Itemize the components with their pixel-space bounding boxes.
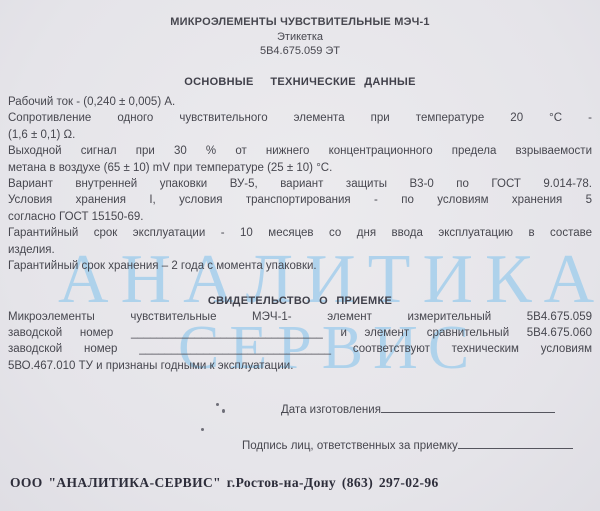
text-line: (1,6 ± 0,1) Ω. [8, 127, 592, 143]
scan-speck [201, 428, 204, 431]
tech-section-heading: ОСНОВНЫЕ ТЕХНИЧЕСКИЕ ДАННЫЕ [0, 76, 600, 88]
text-line: изделия. [8, 242, 592, 258]
doc-code: 5В4.675.059 ЭТ [0, 44, 600, 59]
doc-subtitle: Этикетка [0, 30, 600, 45]
signature-label: Подпись лиц, ответственных за приемку [242, 440, 458, 452]
doc-title: МИКРОЭЛЕМЕНТЫ ЧУВСТВИТЕЛЬНЫЕ МЭЧ-1 [0, 15, 600, 30]
acceptance-section-body: Микроэлементы чувствительные МЭЧ-1- элем… [8, 309, 592, 374]
text-line: заводской номер ________________________… [8, 325, 592, 341]
text-line: Гарантийный срок хранения – 2 года с мом… [8, 258, 592, 274]
acceptance-section-heading: СВИДЕТЕЛЬСТВО О ПРИЕМКЕ [0, 295, 600, 307]
tech-section-body: Рабочий ток - (0,240 ± 0,005) А.Сопротив… [8, 94, 592, 274]
scan-speck [222, 409, 225, 413]
title-block: МИКРОЭЛЕМЕНТЫ ЧУВСТВИТЕЛЬНЫЕ МЭЧ-1 Этике… [0, 15, 600, 59]
date-of-manufacture-row: Дата изготовления [281, 401, 555, 416]
text-line: Микроэлементы чувствительные МЭЧ-1- элем… [8, 309, 592, 325]
text-line: Сопротивление одного чувствительного эле… [8, 110, 592, 126]
text-line: Условия хранения I, условия транспортиро… [8, 192, 592, 208]
text-line: согласно ГОСТ 15150-69. [8, 209, 592, 225]
scan-speck [216, 403, 219, 406]
signature-blank-line [458, 437, 573, 449]
text-line: Рабочий ток - (0,240 ± 0,005) А. [8, 94, 592, 110]
document-page: АНАЛИТИКА СЕРВИС МИКРОЭЛЕМЕНТЫ ЧУВСТВИТЕ… [0, 0, 600, 511]
text-line: Гарантийный срок эксплуатации - 10 месяц… [8, 225, 592, 241]
text-line: метана в воздухе (65 ± 10) mV при темпер… [8, 160, 592, 176]
acceptance-signature-row: Подпись лиц, ответственных за приемку [242, 437, 573, 452]
text-line: 5ВО.467.010 ТУ и признаны годными к эксп… [8, 358, 592, 374]
footer-company-line: ООО "АНАЛИТИКА-СЕРВИС" г.Ростов-на-Дону … [10, 475, 590, 491]
text-line: заводской номер ________________________… [8, 341, 592, 357]
date-blank-line [381, 401, 555, 413]
text-line: Вариант внутренней упаковки ВУ-5, вариан… [8, 176, 592, 192]
text-line: Выходной сигнал при 30 % от нижнего конц… [8, 143, 592, 159]
date-label: Дата изготовления [281, 404, 381, 416]
